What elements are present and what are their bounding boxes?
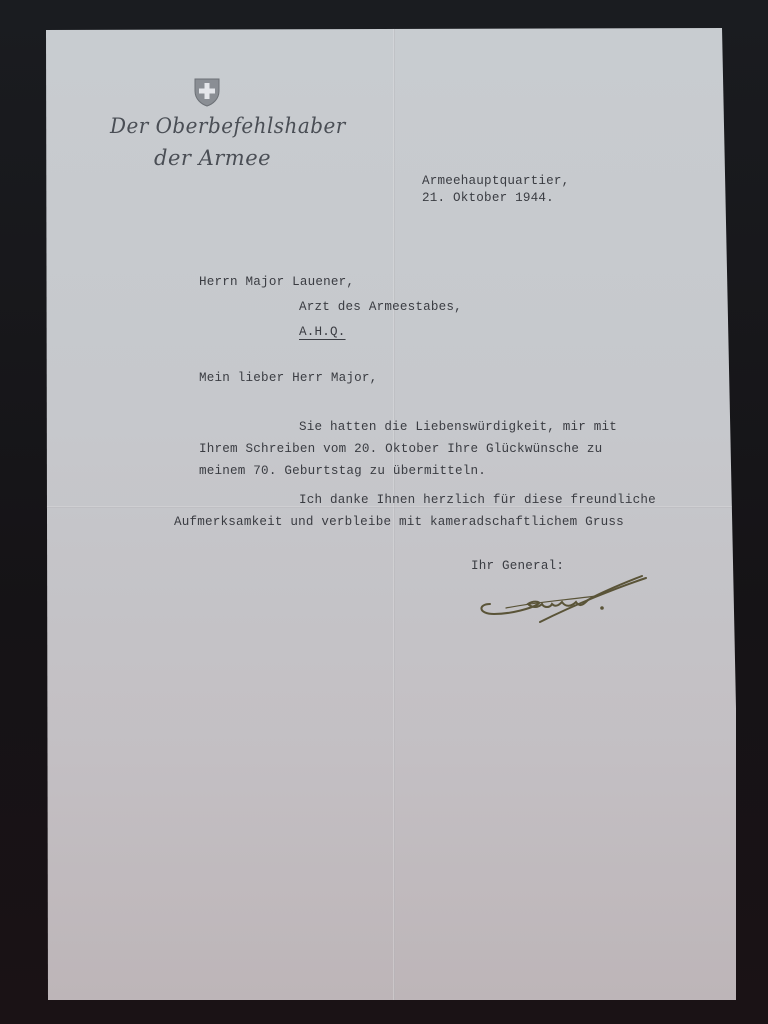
vertical-fold-line — [393, 28, 395, 1000]
letterhead-title: Der Oberbefehlshaber — [110, 114, 346, 138]
recipient-address: A.H.Q. — [299, 325, 346, 339]
recipient-title: Arzt des Armeestabes, — [299, 300, 462, 314]
handwritten-signature — [476, 574, 652, 626]
body-text-line: Ich danke Ihnen herzlich für diese freun… — [299, 493, 656, 507]
body-text-line: Sie hatten die Liebenswürdigkeit, mir mi… — [299, 420, 617, 434]
body-text-line: meinem 70. Geburtstag zu übermitteln. — [199, 464, 486, 478]
date-line: 21. Oktober 1944. — [422, 191, 554, 205]
swiss-cross-shield-icon — [193, 77, 221, 107]
letter-paper: Der Oberbefehlshaber der Armee Armeehaup… — [46, 28, 736, 1000]
salutation: Mein lieber Herr Major, — [199, 371, 377, 385]
body-text-line: Aufmerksamkeit und verbleibe mit kamerad… — [174, 515, 624, 529]
body-text-line: Ihrem Schreiben vom 20. Oktober Ihre Glü… — [199, 442, 602, 456]
closing: Ihr General: — [471, 559, 564, 573]
letterhead-subtitle: der Armee — [154, 146, 271, 170]
place-line: Armeehauptquartier, — [422, 174, 569, 188]
recipient-name: Herrn Major Lauener, — [199, 275, 354, 289]
